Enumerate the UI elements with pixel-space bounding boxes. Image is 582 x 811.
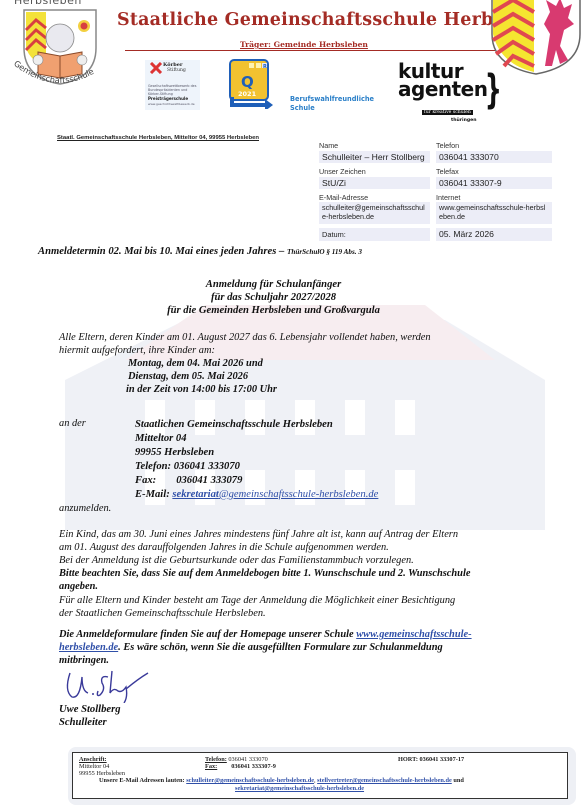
footer-emails: Unsere E-Mail Adressen lauten: schulleit…: [99, 777, 464, 784]
berufswahl-label: Berufswahlfreundliche Schule: [290, 95, 374, 113]
intro-line-1: Alle Eltern, deren Kinder am 01. August …: [59, 332, 431, 343]
school-logo-ring-text: Gemeinschaftsschule: [4, 58, 116, 96]
fax-value: 036041 33307-9: [436, 177, 552, 189]
reference-label: Unser Zeichen: [319, 167, 366, 176]
internet-label: Internet: [436, 193, 460, 202]
deadline-law-reference: ThürSchulO § 119 Abs. 3: [287, 248, 362, 256]
footer-box: Anschrift: Mitteltor 04 99955 Herbsleben…: [72, 752, 568, 799]
notice-line-2: angeben.: [59, 581, 98, 592]
koerber-fine-print: Gesellschaftswettbewerb des Bundespräsid…: [148, 84, 198, 96]
school-operator: Träger: Gemeinde Herbsleben: [240, 40, 368, 49]
address-email: E-Mail: sekretariat@gemeinschaftsschule-…: [135, 488, 378, 502]
date-value: 05. März 2026: [436, 228, 552, 241]
forms-text-2: . Es wäre schön, wenn Sie die ausgefüllt…: [118, 642, 443, 653]
svg-text:2021: 2021: [238, 90, 257, 98]
footer-phone-value: 036041 333070: [227, 756, 268, 763]
email-value: schulleiter@gemeinschaftsschule-herbsleb…: [319, 202, 430, 224]
paragraph-line-3: Bei der Anmeldung ist die Geburtsurkunde…: [59, 555, 414, 566]
footer-address-label: Anschrift:: [79, 756, 107, 763]
signer-block: Uwe Stollberg Schulleiter: [59, 703, 121, 729]
paragraph-line-2: am 01. August des darauffolgenden Jahres…: [59, 542, 389, 553]
svg-text:Gemeinschaftsschule: Gemeinschaftsschule: [12, 58, 95, 85]
date-label: Datum:: [319, 228, 430, 241]
berufswahl-line-1: Berufswahlfreundliche: [290, 95, 374, 104]
email-domain: @gemeinschaftsschule-herbsleben.de: [219, 489, 379, 500]
address-city: 99955 Herbsleben: [135, 446, 378, 460]
address-school: Staatlichen Gemeinschaftsschule Herbsleb…: [135, 418, 378, 432]
fax-label: Fax:: [135, 475, 156, 486]
time-line: in der Zeit von 14:00 bis 17:00 Uhr: [126, 384, 277, 395]
footer-phone-label: Telefon:: [205, 756, 227, 763]
visit-line-1: Für alle Eltern und Kinder besteht am Ta…: [59, 595, 455, 606]
address-street: Mitteltor 04: [135, 432, 378, 446]
registration-deadline: Anmeldetermin 02. Mai bis 10. Mai eines …: [38, 246, 362, 257]
footer-fax-value: 036041 333307-9: [231, 763, 276, 770]
koerber-x-icon: [149, 62, 163, 74]
email-label: E-Mail-Adresse: [319, 193, 368, 202]
footer-email-schulleiter-link[interactable]: schulleiter@gemeinschaftsschule-herbsleb…: [186, 777, 314, 784]
forms-line-1: Die Anmeldeformulare finden Sie auf der …: [59, 629, 472, 640]
name-label: Name: [319, 141, 338, 150]
date-line-1: Montag, dem 04. Mai 2026 und: [128, 358, 263, 369]
footer-email-3: sekretariat@gemeinschaftsschule-herbsleb…: [235, 785, 364, 792]
quality-q-badge: R Q 2021: [229, 59, 273, 109]
footer-address-city: 99955 Herbsleben: [79, 770, 125, 777]
kulturagenten-line-2: agenten: [398, 80, 487, 98]
intro-line-2: hiermit aufgefordert, ihre Kinder am:: [59, 345, 215, 356]
signer-name: Uwe Stollberg: [59, 703, 121, 716]
header-rule: [125, 50, 495, 51]
koerber-sub: Stiftung: [167, 68, 186, 73]
footer-email-stellvertreter-link[interactable]: stellvertreter@gemeinschaftsschule-herbs…: [317, 777, 452, 784]
secretariat-email-link[interactable]: sekretariat@gemeinschaftsschule-herbsleb…: [172, 489, 378, 500]
footer-emails-intro: Unsere E-Mail Adressen lauten:: [99, 777, 186, 784]
kulturagenten-logo: kultur agenten für kreative schulen thür…: [398, 62, 487, 124]
fax-number: 036041 333079: [176, 474, 242, 488]
notice-line-1: Bitte beachten Sie, dass Sie auf dem Anm…: [59, 568, 470, 579]
svg-text:R: R: [263, 64, 267, 70]
footer-and: und: [452, 777, 464, 784]
visit-line-2: der Staatlichen Gemeinschaftsschule Herb…: [59, 608, 266, 619]
heading-line-3: für die Gemeinden Herbsleben und Großvar…: [0, 305, 582, 316]
deadline-text: Anmeldetermin 02. Mai bis 10. Mai eines …: [38, 246, 287, 257]
kulturagenten-region: thüringen: [451, 117, 487, 124]
koerber-foundation-logo: Körber Stiftung Gesellschaftswettbewerb …: [145, 60, 200, 110]
place-name-caption: Herbsleben: [14, 0, 82, 7]
berufswahl-line-2: Schule: [290, 104, 374, 113]
koerber-award: Preisträgerschule: [148, 96, 188, 101]
footer-fax: Fax:036041 333307-9: [205, 763, 276, 770]
svg-text:Q: Q: [241, 73, 254, 91]
an-der-label: an der: [59, 418, 86, 429]
signature: [62, 669, 152, 703]
footer-hort: HORT: 036041 33307-17: [398, 756, 464, 763]
fax-label: Telefax: [436, 167, 459, 176]
footer-fax-label: Fax:: [205, 763, 217, 770]
heading-line-1: Anmeldung für Schulanfänger: [0, 279, 582, 290]
phone-label: Telefon: [436, 141, 459, 150]
date-line-2: Dienstag, dem 05. Mai 2026: [128, 371, 248, 382]
anzumelden-text: anzumelden.: [59, 503, 111, 514]
forms-text: Die Anmeldeformulare finden Sie auf der …: [59, 629, 356, 640]
address-fax: Fax:036041 333079: [135, 474, 378, 488]
kulturagenten-tagline: für kreative schulen: [422, 110, 473, 115]
email-label: E-Mail:: [135, 489, 172, 500]
phone-value: 036041 333070: [436, 151, 552, 163]
municipal-crest: [490, 0, 582, 76]
email-user: sekretariat: [172, 489, 219, 500]
school-address: Staatlichen Gemeinschaftsschule Herbsleb…: [135, 418, 378, 502]
forms-line-3: mitbringen.: [59, 655, 109, 666]
signer-title: Schulleiter: [59, 716, 121, 729]
koerber-url: www.geschichtswettbewerb.de: [148, 102, 195, 106]
homepage-link-part-2[interactable]: herbsleben.de: [59, 642, 118, 653]
sender-address-line: Staatl. Gemeinschaftsschule Herbsleben, …: [57, 135, 259, 141]
footer-address-street: Mitteltor 04: [79, 763, 109, 770]
forms-line-2: herbsleben.de. Es wäre schön, wenn Sie d…: [59, 642, 443, 653]
reference-value: StU/Zi: [319, 177, 430, 189]
homepage-link-part-1[interactable]: www.gemeinschaftsschule-: [356, 629, 471, 640]
kulturagenten-brace-icon: }: [485, 70, 502, 110]
paragraph-line-1: Ein Kind, das am 30. Juni eines Jahres m…: [59, 529, 458, 540]
address-phone: Telefon: 036041 333070: [135, 460, 378, 474]
internet-value: www.gemeinschaftsschule-herbsleben.de: [436, 202, 552, 224]
name-value: Schulleiter – Herr Stollberg: [319, 151, 430, 163]
footer-phone: Telefon: 036041 333070: [205, 756, 268, 763]
footer-email-sekretariat-link[interactable]: sekretariat@gemeinschaftsschule-herbsleb…: [235, 785, 364, 792]
heading-line-2: für das Schuljahr 2027/2028: [0, 292, 582, 303]
